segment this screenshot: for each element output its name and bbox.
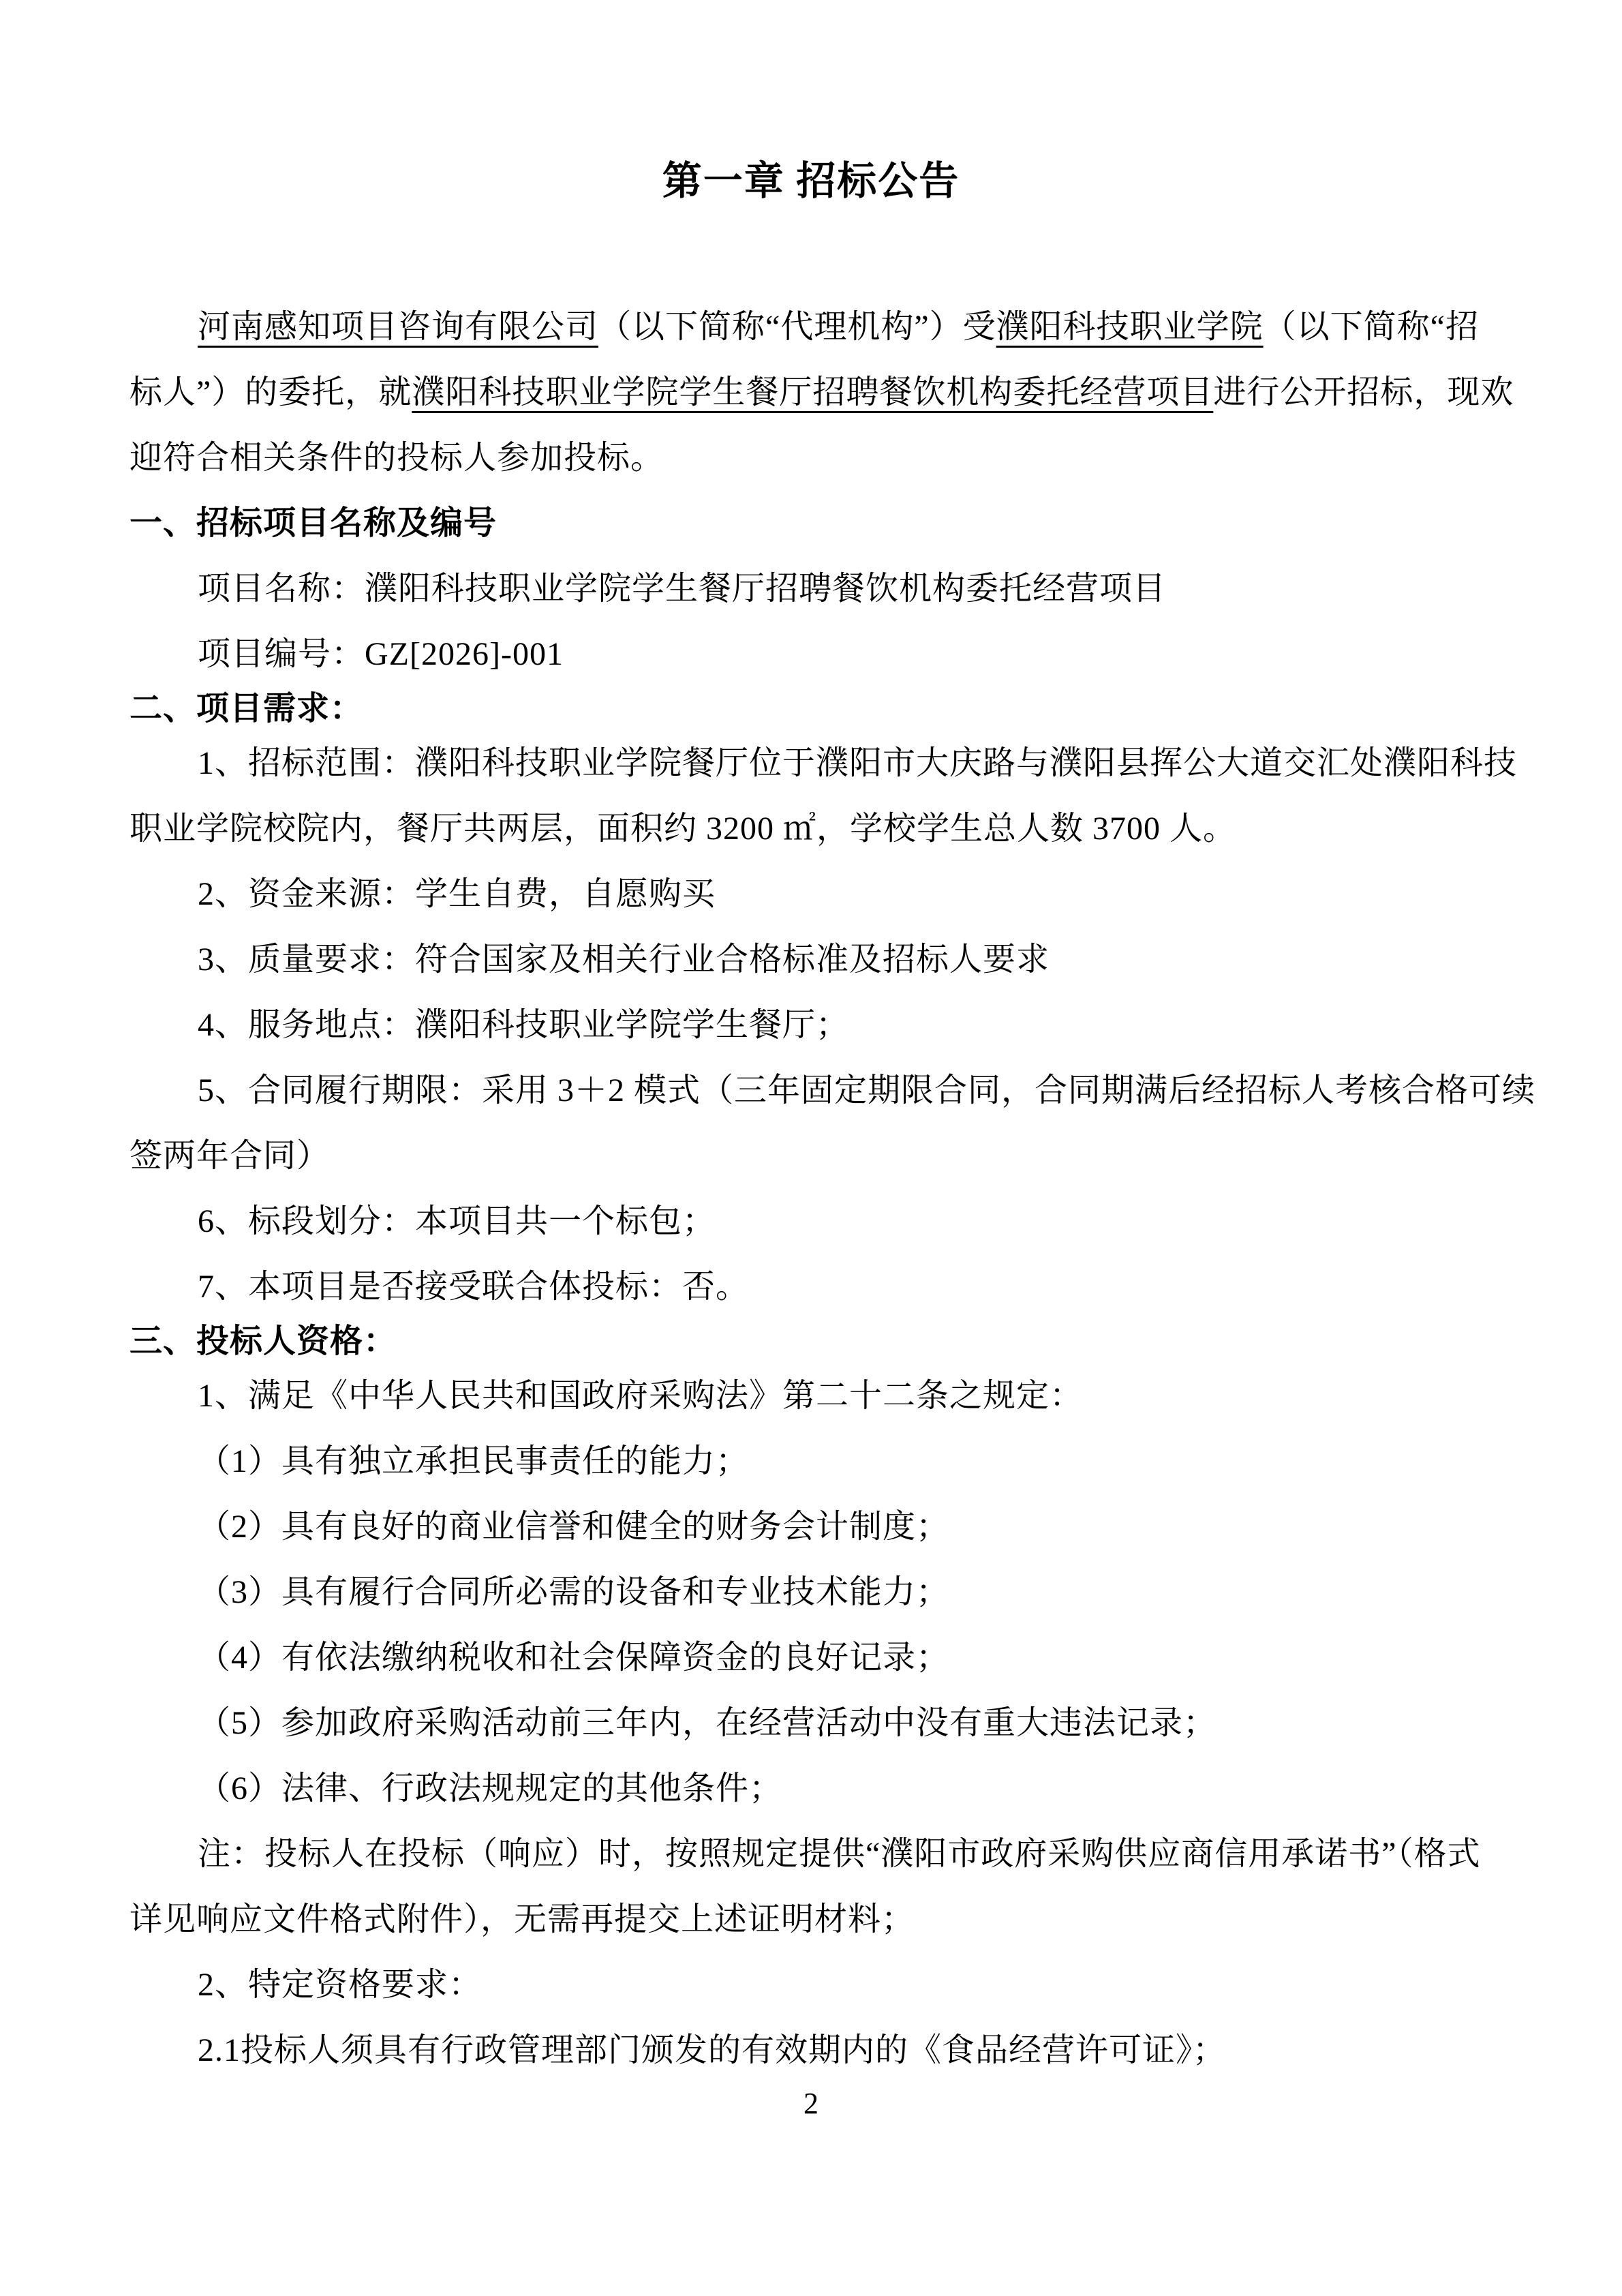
project-name-underlined: 濮阳科技职业学院学生餐厅招聘餐饮机构委托经营项目 xyxy=(412,374,1213,410)
agency-name-underlined: 河南感知项目咨询有限公司 xyxy=(198,309,598,345)
section3-sub2: （2）具有良好的商业信誉和健全的财务会计制度； xyxy=(129,1494,1493,1560)
section2-item7: 7、本项目是否接受联合体投标：否。 xyxy=(129,1254,1493,1320)
intro-text: （以下简称“招 xyxy=(1264,309,1479,345)
section2-item3: 3、质量要求：符合国家及相关行业合格标准及招标人要求 xyxy=(129,927,1493,993)
project-name-line: 项目名称：濮阳科技职业学院学生餐厅招聘餐饮机构委托经营项目 xyxy=(129,556,1493,622)
section3-note-line2: 详见响应文件格式附件），无需再提交上述证明材料； xyxy=(129,1887,1493,1952)
section3-sub1: （1）具有独立承担民事责任的能力； xyxy=(129,1429,1493,1494)
intro-line-3: 迎符合相关条件的投标人参加投标。 xyxy=(129,425,1493,491)
section3-sub4: （4）有依法缴纳税收和社会保障资金的良好记录； xyxy=(129,1625,1493,1691)
section3-heading: 三、投标人资格： xyxy=(129,1320,1493,1363)
intro-line-2: 标人”）的委托，就濮阳科技职业学院学生餐厅招聘餐饮机构委托经营项目进行公开招标，… xyxy=(129,360,1493,425)
section2-item5-line1: 5、合同履行期限：采用 3＋2 模式（三年固定期限合同，合同期满后经招标人考核合… xyxy=(129,1058,1493,1123)
section2-item1-line1: 1、招标范围：濮阳科技职业学院餐厅位于濮阳市大庆路与濮阳县挥公大道交汇处濮阳科技 xyxy=(129,731,1493,796)
section2-item1-line2: 职业学院校院内，餐厅共两层，面积约 3200 ㎡，学校学生总人数 3700 人。 xyxy=(129,796,1493,862)
section3-sub5: （5）参加政府采购活动前三年内，在经营活动中没有重大违法记录； xyxy=(129,1691,1493,1756)
section3-note-line1: 注：投标人在投标（响应）时，按照规定提供“濮阳市政府采购供应商信用承诺书”（格式 xyxy=(129,1822,1493,1887)
page-title: 第一章 招标公告 xyxy=(129,157,1493,206)
section3-item1: 1、满足《中华人民共和国政府采购法》第二十二条之规定： xyxy=(129,1363,1493,1429)
intro-text: 标人”）的委托，就 xyxy=(129,374,412,410)
section2-item6: 6、标段划分：本项目共一个标包； xyxy=(129,1189,1493,1254)
intro-line-1: 河南感知项目咨询有限公司（以下简称“代理机构”）受濮阳科技职业学院（以下简称“招 xyxy=(129,294,1493,360)
section3-sub3: （3）具有履行合同所必需的设备和专业技术能力； xyxy=(129,1560,1493,1625)
document-page: 第一章 招标公告 河南感知项目咨询有限公司（以下简称“代理机构”）受濮阳科技职业… xyxy=(0,0,1622,2296)
section2-item5-line2: 签两年合同） xyxy=(129,1123,1493,1189)
section2-heading: 二、项目需求： xyxy=(129,687,1493,731)
section1-heading: 一、招标项目名称及编号 xyxy=(129,491,1493,556)
section2-item4: 4、服务地点：濮阳科技职业学院学生餐厅； xyxy=(129,993,1493,1058)
project-number-line: 项目编号：GZ[2026]-001 xyxy=(129,622,1493,687)
intro-text: 进行公开招标，现欢 xyxy=(1213,374,1514,410)
purchaser-name-underlined: 濮阳科技职业学院 xyxy=(996,309,1264,345)
document-body: 河南感知项目咨询有限公司（以下简称“代理机构”）受濮阳科技职业学院（以下简称“招… xyxy=(129,294,1493,2083)
section2-item2: 2、资金来源：学生自费，自愿购买 xyxy=(129,862,1493,927)
section3-item2: 2、特定资格要求： xyxy=(129,1952,1493,2018)
section3-item2-1: 2.1投标人须具有行政管理部门颁发的有效期内的《食品经营许可证》； xyxy=(129,2018,1493,2083)
intro-text: （以下简称“代理机构”）受 xyxy=(598,309,996,345)
page-number: 2 xyxy=(0,2087,1622,2120)
section3-sub6: （6）法律、行政法规规定的其他条件； xyxy=(129,1756,1493,1822)
